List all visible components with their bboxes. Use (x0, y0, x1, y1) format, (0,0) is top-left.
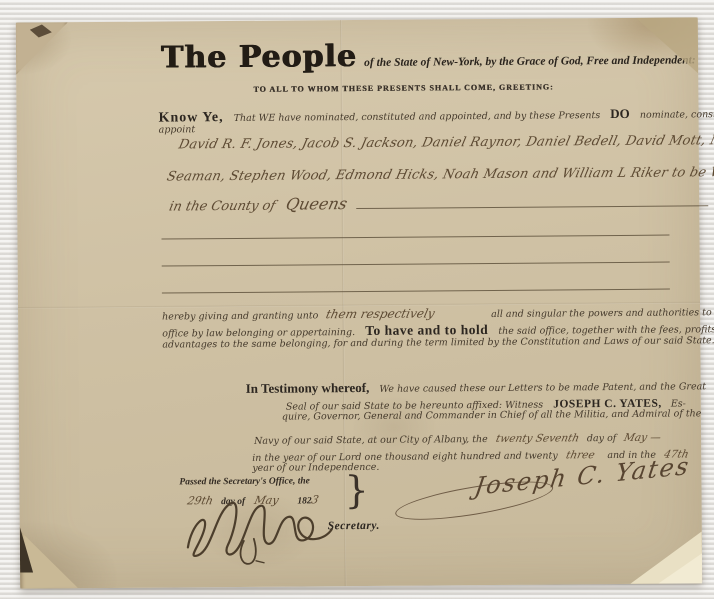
preamble-line: Know Ye, That WE have nominated, constit… (158, 102, 714, 127)
appointee-names-2: Seaman, Stephen Wood, Edmond Hicks, Noah… (165, 164, 714, 184)
corner-fold-top-left (16, 22, 68, 74)
blank-rule-county (356, 204, 708, 209)
do-word: DO (610, 106, 630, 121)
testimony-line-3: quire, Governor, General and Commander i… (282, 408, 702, 422)
salutation-line: TO ALL TO WHOM THESE PRESENTS SHALL COME… (253, 82, 553, 93)
corner-dark-edge-bottom-left (20, 527, 33, 573)
appointee-names-1: David R. F. Jones, Jacob S. Jackson, Dan… (177, 133, 714, 153)
appointees-line-2: Seaman, Stephen Wood, Edmond Hicks, Noah… (167, 160, 714, 184)
blank-rule-2 (162, 262, 670, 267)
corner-patch-bottom-right (630, 531, 702, 584)
corner-fold-bottom-left (20, 530, 78, 588)
masthead-subtitle: of the State of New-York, by the Grace o… (364, 54, 696, 69)
to-have-and-to-hold: To have and to hold (365, 322, 488, 338)
document-header: The People of the State of New-York, by … (161, 39, 696, 73)
blank-rule-1 (161, 235, 669, 240)
preamble-end: nominate, constitute and (640, 109, 714, 121)
county-name: Queens (284, 194, 349, 214)
corner-mark-top-left (30, 24, 52, 37)
blank-rule-3 (162, 289, 670, 294)
county-line: in the County of Queens (169, 191, 708, 214)
photo-backdrop: The People of the State of New-York, by … (0, 0, 714, 599)
masthead-title: The People (161, 42, 357, 74)
know-ye-text: Know Ye, (158, 110, 223, 126)
document-paper: The People of the State of New-York, by … (16, 17, 702, 588)
appointees-line-1: David R. F. Jones, Jacob S. Jackson, Dan… (179, 129, 714, 153)
secretary-signature (177, 482, 343, 573)
year-handwriting: three (564, 449, 595, 461)
corner-patch-bottom-right-inner (658, 553, 702, 583)
preamble-script: That WE have nominated, constituted and … (234, 110, 601, 124)
county-prefix: in the County of (168, 199, 277, 215)
brace-glyph: } (344, 468, 369, 512)
secretary-label: Secretary. (328, 520, 380, 532)
